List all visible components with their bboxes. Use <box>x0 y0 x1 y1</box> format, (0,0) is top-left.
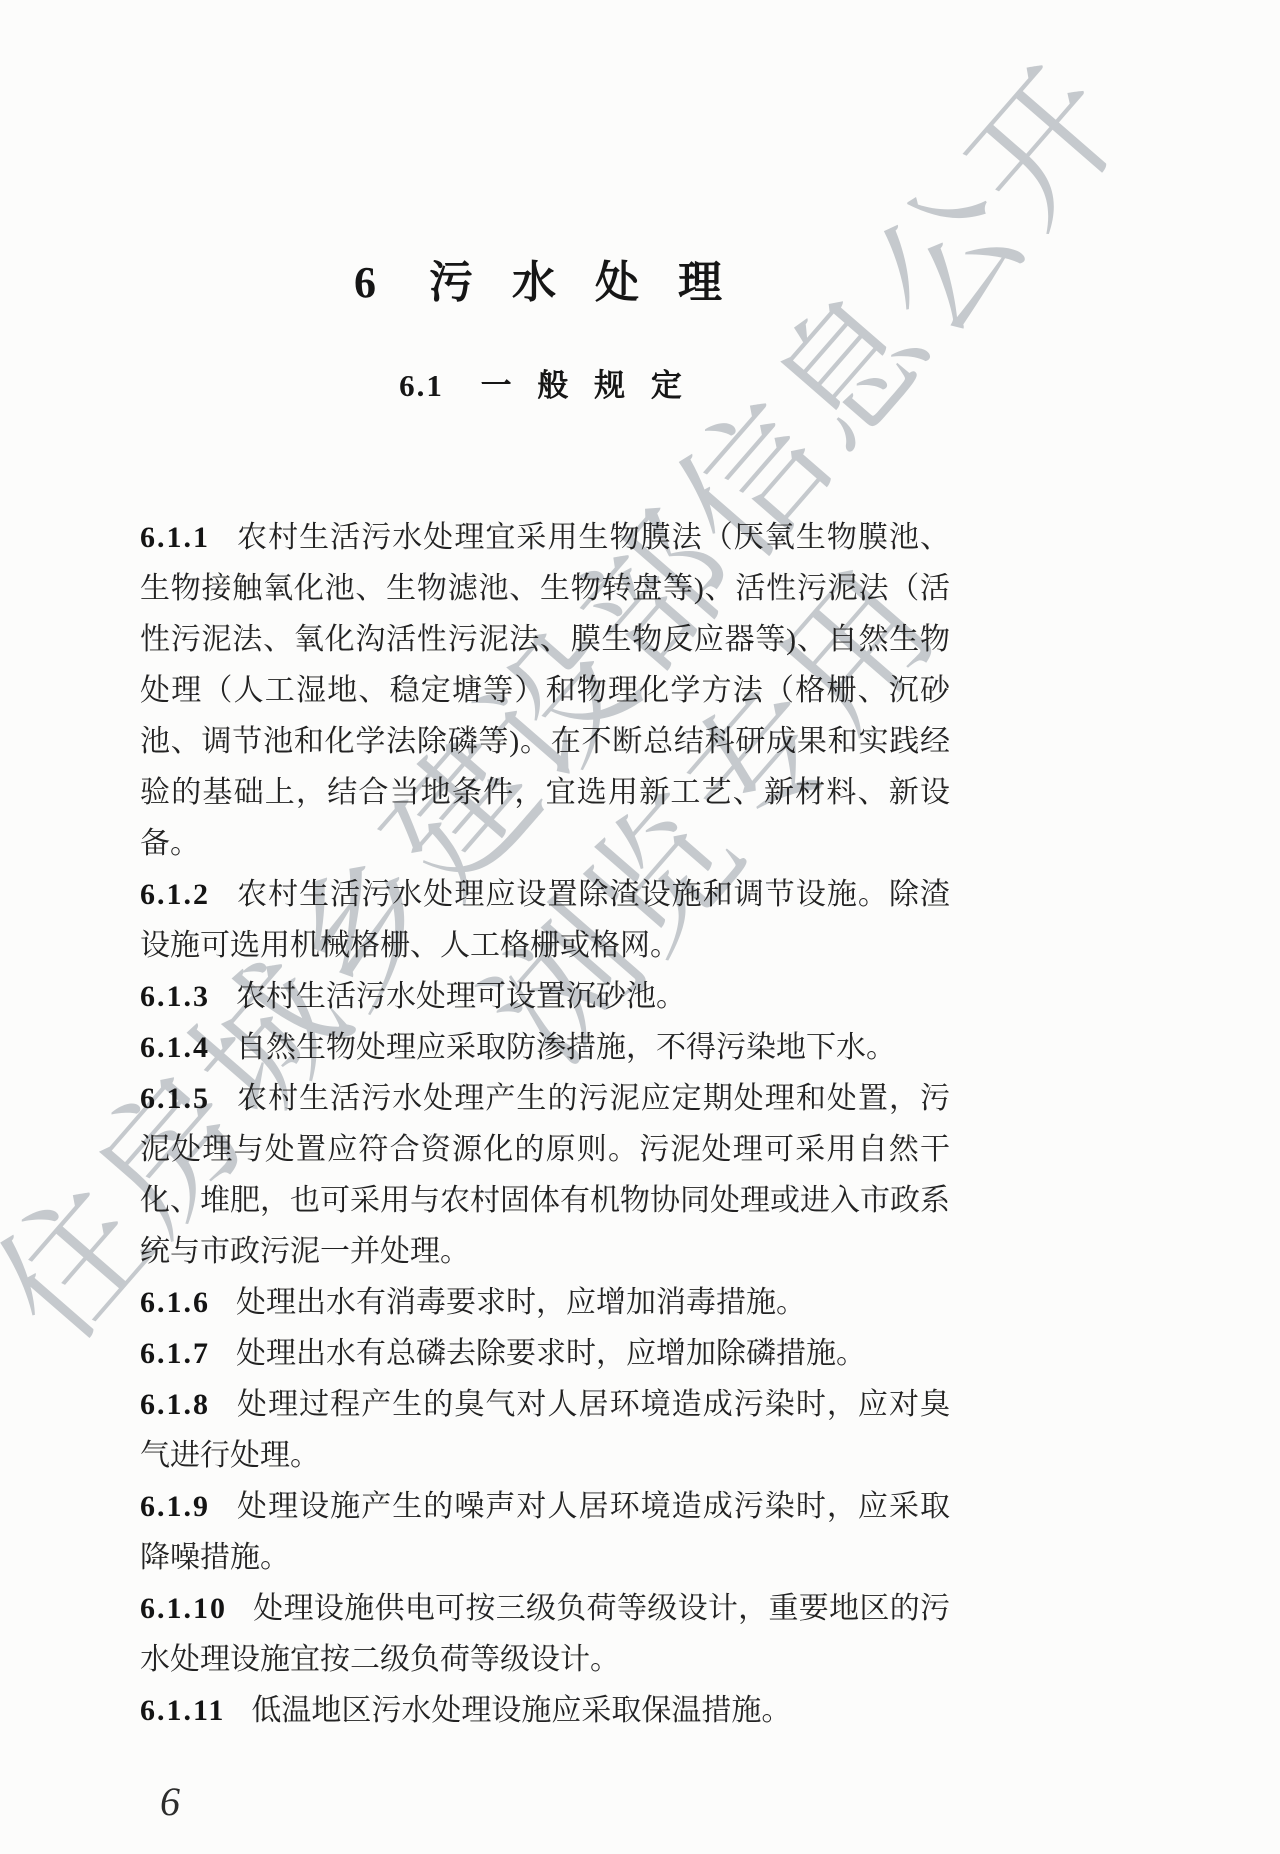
clause-text: 低温地区污水处理设施应采取保温措施。 <box>251 1694 791 1727</box>
clause-text: 处理设施产生的噪声对人居环境造成污染时，应采取降噪措施。 <box>140 1490 950 1574</box>
page-content: 6 污 水 处 理 6.1 一 般 规 定 6.1.1农村生活污水处理宜采用生物… <box>0 0 1280 1736</box>
clause-6-1-2: 6.1.2农村生活污水处理应设置除渣设施和调节设施。除渣设施可选用机械格栅、人工… <box>140 869 950 971</box>
clause-number: 6.1.11 <box>140 1694 225 1727</box>
clause-number: 6.1.4 <box>140 1031 210 1064</box>
clause-text: 处理过程产生的臭气对人居环境造成污染时，应对臭气进行处理。 <box>140 1388 950 1472</box>
clause-6-1-6: 6.1.6处理出水有消毒要求时，应增加消毒措施。 <box>140 1277 950 1328</box>
document-page: 住房城乡建设部信息公开 浏览专用 6 污 水 处 理 6.1 一 般 规 定 6… <box>0 0 1280 1854</box>
clause-text: 处理出水有总磷去除要求时，应增加除磷措施。 <box>236 1337 866 1370</box>
clause-6-1-3: 6.1.3农村生活污水处理可设置沉砂池。 <box>140 971 950 1022</box>
clause-number: 6.1.7 <box>140 1337 210 1370</box>
clause-text: 处理出水有消毒要求时，应增加消毒措施。 <box>236 1286 806 1319</box>
clause-text: 处理设施供电可按三级负荷等级设计，重要地区的污水处理设施宜按二级负荷等级设计。 <box>140 1592 950 1676</box>
clause-number: 6.1.1 <box>140 521 210 554</box>
clause-6-1-1: 6.1.1农村生活污水处理宜采用生物膜法（厌氧生物膜池、生物接触氧化池、生物滤池… <box>140 512 950 869</box>
clause-6-1-4: 6.1.4自然生物处理应采取防渗措施，不得污染地下水。 <box>140 1022 950 1073</box>
chapter-number: 6 <box>354 258 376 307</box>
clause-number: 6.1.6 <box>140 1286 210 1319</box>
clause-number: 6.1.9 <box>140 1490 210 1523</box>
clause-text: 农村生活污水处理产生的污泥应定期处理和处置，污泥处理与处置应符合资源化的原则。污… <box>140 1082 950 1268</box>
clause-6-1-7: 6.1.7处理出水有总磷去除要求时，应增加除磷措施。 <box>140 1328 950 1379</box>
clause-6-1-11: 6.1.11低温地区污水处理设施应采取保温措施。 <box>140 1685 950 1736</box>
clause-6-1-9: 6.1.9处理设施产生的噪声对人居环境造成污染时，应采取降噪措施。 <box>140 1481 950 1583</box>
clause-6-1-10: 6.1.10处理设施供电可按三级负荷等级设计，重要地区的污水处理设施宜按二级负荷… <box>140 1583 950 1685</box>
section-heading: 6.1 一 般 规 定 <box>140 365 950 407</box>
clause-number: 6.1.3 <box>140 980 210 1013</box>
clause-6-1-5: 6.1.5农村生活污水处理产生的污泥应定期处理和处置，污泥处理与处置应符合资源化… <box>140 1073 950 1277</box>
clause-number: 6.1.8 <box>140 1388 210 1421</box>
page-number: 6 <box>0 1778 1280 1826</box>
chapter-heading: 6 污 水 处 理 <box>140 255 950 310</box>
clause-number: 6.1.2 <box>140 878 210 911</box>
section-number: 6.1 <box>399 368 444 403</box>
chapter-title: 污 水 处 理 <box>429 258 736 307</box>
clause-number: 6.1.5 <box>140 1082 210 1115</box>
clause-text: 农村生活污水处理宜采用生物膜法（厌氧生物膜池、生物接触氧化池、生物滤池、生物转盘… <box>140 521 950 860</box>
clause-text: 农村生活污水处理应设置除渣设施和调节设施。除渣设施可选用机械格栅、人工格栅或格网… <box>140 878 950 962</box>
clause-text: 自然生物处理应采取防渗措施，不得污染地下水。 <box>236 1031 896 1064</box>
clause-text: 农村生活污水处理可设置沉砂池。 <box>236 980 686 1013</box>
clause-number: 6.1.10 <box>140 1592 227 1625</box>
clause-6-1-8: 6.1.8处理过程产生的臭气对人居环境造成污染时，应对臭气进行处理。 <box>140 1379 950 1481</box>
section-title: 一 般 规 定 <box>481 368 691 403</box>
